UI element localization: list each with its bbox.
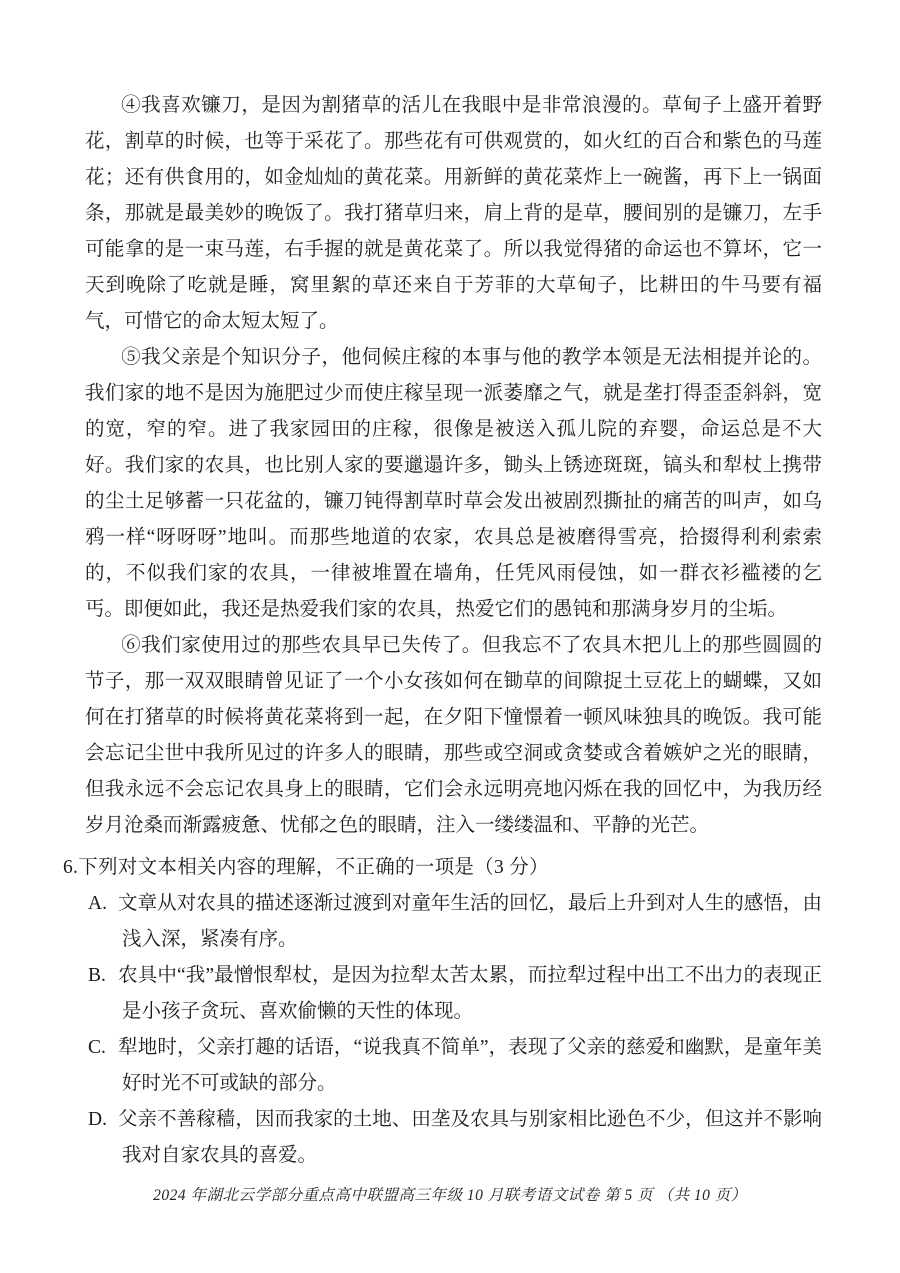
question-6-option-d: D.父亲不善稼穑，因而我家的土地、田垄及农具与别家相比逊色不少，但这并不影响我对… bbox=[88, 1102, 822, 1174]
option-d-label: D. bbox=[88, 1102, 118, 1138]
option-a-label: A. bbox=[88, 886, 118, 922]
exam-page: ④我喜欢镰刀，是因为割猪草的活儿在我眼中是非常浪漫的。草甸子上盛开着野花，割草的… bbox=[0, 0, 900, 1273]
passage-paragraph-4: ④我喜欢镰刀，是因为割猪草的活儿在我眼中是非常浪漫的。草甸子上盛开着野花，割草的… bbox=[85, 88, 822, 340]
question-6: 6.下列对文本相关内容的理解，不正确的一项是（3 分） A.文章从对农具的描述逐… bbox=[63, 850, 822, 1174]
page-footer: 2024 年湖北云学部分重点高中联盟高三年级 10 月联考语文试卷 第 5 页 … bbox=[0, 1183, 900, 1205]
question-6-stem: 6.下列对文本相关内容的理解，不正确的一项是（3 分） bbox=[63, 850, 822, 886]
option-c-label: C. bbox=[88, 1030, 118, 1066]
reading-passage: ④我喜欢镰刀，是因为割猪草的活儿在我眼中是非常浪漫的。草甸子上盛开着野花，割草的… bbox=[85, 88, 822, 844]
option-b-text: 农具中“我”最憎恨犁杖，是因为拉犁太苦太累，而拉犁过程中出工不出力的表现正是小孩… bbox=[118, 965, 822, 1022]
option-b-label: B. bbox=[88, 958, 118, 994]
option-a-text: 文章从对农具的描述逐渐过渡到对童年生活的回忆，最后上升到对人生的感悟，由浅入深，… bbox=[118, 893, 822, 950]
passage-paragraph-6: ⑥我们家使用过的那些农具早已失传了。但我忘不了农具木把儿上的那些圆圆的节子，那一… bbox=[85, 628, 822, 844]
page-content: ④我喜欢镰刀，是因为割猪草的活儿在我眼中是非常浪漫的。草甸子上盛开着野花，割草的… bbox=[63, 88, 822, 1174]
question-6-option-b: B.农具中“我”最憎恨犁杖，是因为拉犁太苦太累，而拉犁过程中出工不出力的表现正是… bbox=[88, 958, 822, 1030]
passage-paragraph-5: ⑤我父亲是个知识分子，他伺候庄稼的本事与他的教学本领是无法相提并论的。我们家的地… bbox=[85, 340, 822, 628]
option-d-text: 父亲不善稼穑，因而我家的土地、田垄及农具与别家相比逊色不少，但这并不影响我对自家… bbox=[118, 1109, 822, 1166]
question-6-option-a: A.文章从对农具的描述逐渐过渡到对童年生活的回忆，最后上升到对人生的感悟，由浅入… bbox=[88, 886, 822, 958]
option-c-text: 犁地时，父亲打趣的话语，“说我真不简单”，表现了父亲的慈爱和幽默，是童年美好时光… bbox=[118, 1037, 822, 1094]
question-6-option-c: C.犁地时，父亲打趣的话语，“说我真不简单”，表现了父亲的慈爱和幽默，是童年美好… bbox=[88, 1030, 822, 1102]
